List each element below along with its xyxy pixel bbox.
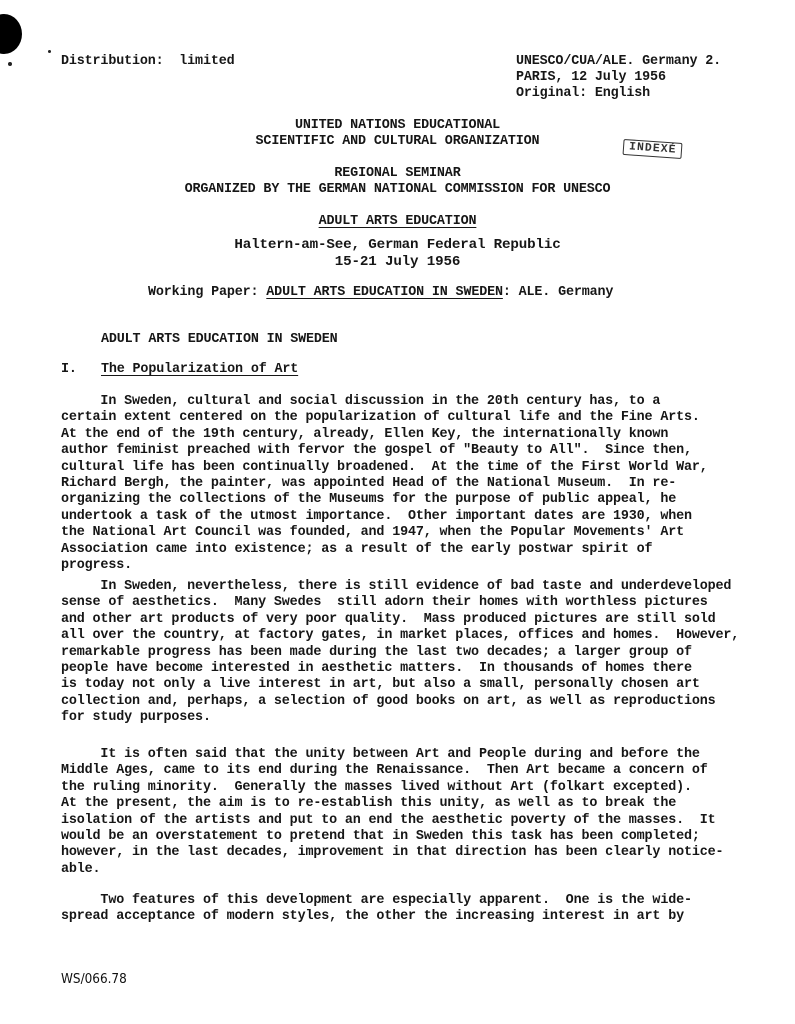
- paragraph-line: organizing the collections of the Museum…: [61, 492, 676, 508]
- seminar-line-2: ORGANIZED BY THE GERMAN NATIONAL COMMISS…: [0, 182, 795, 198]
- seminar-location: Haltern-am-See, German Federal Republic: [0, 237, 795, 253]
- paragraph-line: certain extent centered on the populariz…: [61, 410, 700, 426]
- paragraph-line: the ruling minority. Generally the masse…: [61, 780, 692, 796]
- paragraph-line: In Sweden, nevertheless, there is still …: [61, 579, 731, 595]
- paragraph-line: remarkable progress has been made during…: [61, 645, 692, 661]
- paragraph-line: In Sweden, cultural and social discussio…: [61, 394, 660, 410]
- org-line-1: UNITED NATIONS EDUCATIONAL: [0, 118, 795, 134]
- paragraph-line: however, in the last decades, improvemen…: [61, 845, 723, 861]
- paragraph-line: and other art products of very poor qual…: [61, 612, 716, 628]
- paragraph-line: people have become interested in aesthet…: [61, 661, 692, 677]
- distribution-label: Distribution: limited: [61, 54, 235, 70]
- paragraph-line: Association came into existence; as a re…: [61, 542, 652, 558]
- paragraph-line: undertook a task of the utmost importanc…: [61, 509, 692, 525]
- paragraph-line: At the present, the aim is to re-establi…: [61, 796, 676, 812]
- paragraph-line: At the end of the 19th century, already,…: [61, 427, 668, 443]
- document-reference: UNESCO/CUA/ALE. Germany 2.: [516, 54, 721, 70]
- paragraph-line: author feminist preached with fervor the…: [61, 443, 692, 459]
- paragraph-line: all over the country, at factory gates, …: [61, 628, 739, 644]
- ink-speck: [8, 62, 12, 66]
- document-page: Distribution: limited UNESCO/CUA/ALE. Ge…: [0, 0, 795, 1024]
- place-date: PARIS, 12 July 1956: [516, 70, 666, 86]
- paragraph-line: It is often said that the unity between …: [61, 747, 700, 763]
- working-paper-line: Working Paper: ADULT ARTS EDUCATION IN S…: [148, 285, 613, 301]
- paragraph-line: Middle Ages, came to its end during the …: [61, 763, 708, 779]
- section-number: I.: [61, 362, 77, 378]
- paragraph-line: Two features of this development are esp…: [61, 893, 692, 909]
- paragraph-line: would be an overstatement to pretend tha…: [61, 829, 700, 845]
- paragraph-line: is today not only a live interest in art…: [61, 677, 700, 693]
- working-paper-title: ADULT ARTS EDUCATION IN SWEDEN: [266, 285, 503, 300]
- section-title: The Popularization of Art: [101, 362, 298, 378]
- document-code: WS/066.78: [61, 972, 127, 987]
- ink-speck: [48, 50, 51, 53]
- paragraph-line: able.: [61, 862, 100, 878]
- seminar-dates: 15-21 July 1956: [0, 254, 795, 270]
- seminar-line-1: REGIONAL SEMINAR: [0, 166, 795, 182]
- topic-title: ADULT ARTS EDUCATION: [0, 214, 795, 230]
- paragraph-line: Richard Bergh, the painter, was appointe…: [61, 476, 676, 492]
- working-paper-suffix: : ALE. Germany: [503, 285, 613, 300]
- paragraph-line: the National Art Council was founded, an…: [61, 525, 684, 541]
- punch-hole-mark: [0, 14, 22, 54]
- document-heading: ADULT ARTS EDUCATION IN SWEDEN: [101, 332, 338, 348]
- original-language: Original: English: [516, 86, 650, 102]
- paragraph-line: spread acceptance of modern styles, the …: [61, 909, 684, 925]
- working-paper-prefix: Working Paper:: [148, 285, 266, 300]
- paragraph-line: sense of aesthetics. Many Swedes still a…: [61, 595, 708, 611]
- paragraph-line: for study purposes.: [61, 710, 211, 726]
- paragraph-line: progress.: [61, 558, 132, 574]
- paragraph-line: collection and, perhaps, a selection of …: [61, 694, 716, 710]
- org-line-2: SCIENTIFIC AND CULTURAL ORGANIZATION: [0, 134, 795, 150]
- paragraph-line: isolation of the artists and put to an e…: [61, 813, 716, 829]
- topic-title-text: ADULT ARTS EDUCATION: [319, 214, 477, 229]
- paragraph-line: cultural life has been continually broad…: [61, 460, 708, 476]
